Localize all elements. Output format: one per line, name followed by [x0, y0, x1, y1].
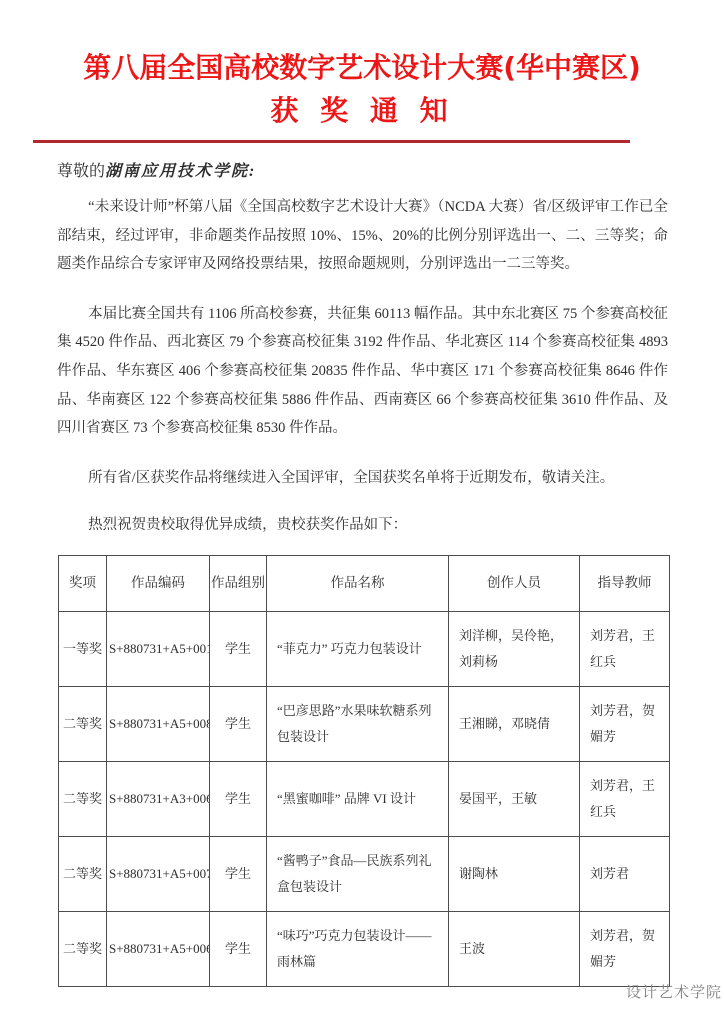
awards-table: 奖项 作品编码 作品组别 作品名称 创作人员 指导教师 一等奖 S+880731…	[58, 555, 670, 987]
notice-body: 尊敬的湖南应用技术学院: “未来设计师”杯第八届《全国高校数字艺术设计大赛》（N…	[0, 160, 724, 987]
column-header-work-name: 作品名称	[267, 555, 449, 611]
cell-work-name: “巴彦思路”水果味软糖系列包装设计	[267, 686, 449, 761]
cell-advisors: 刘芳君，贺媚芳	[580, 911, 670, 986]
column-header-award: 奖项	[59, 555, 107, 611]
table-row: 一等奖 S+880731+A5+001 学生 “菲克力” 巧克力包装设计 刘洋柳…	[59, 611, 670, 686]
cell-work-name: “味巧”巧克力包装设计——雨林篇	[267, 911, 449, 986]
cell-work-group: 学生	[210, 611, 267, 686]
cell-work-code: S+880731+A5+006	[107, 911, 210, 986]
cell-creators: 晏国平，王敏	[449, 761, 580, 836]
salutation-prefix: 尊敬的	[57, 163, 105, 180]
table-row: 二等奖 S+880731+A5+007 学生 “酱鸭子”食品—民族系列礼盒包装设…	[59, 836, 670, 911]
page-subtitle: 获 奖 通 知	[30, 94, 694, 128]
awards-table-header-row: 奖项 作品编码 作品组别 作品名称 创作人员 指导教师	[59, 555, 670, 611]
column-header-creators: 创作人员	[449, 555, 580, 611]
notice-paragraph-4: 热烈祝贺贵校取得优异成绩，贵校获奖作品如下：	[57, 511, 668, 540]
cell-advisors: 刘芳君	[580, 836, 670, 911]
cell-advisors: 刘芳君，贺媚芳	[580, 686, 670, 761]
column-header-advisors: 指导教师	[580, 555, 670, 611]
cell-creators: 谢陶林	[449, 836, 580, 911]
table-row: 二等奖 S+880731+A3+006 学生 “黑蜜咖啡” 品牌 VI 设计 晏…	[59, 761, 670, 836]
cell-award: 二等奖	[59, 761, 107, 836]
cell-work-name: “黑蜜咖啡” 品牌 VI 设计	[267, 761, 449, 836]
cell-award: 二等奖	[59, 911, 107, 986]
cell-creators: 王湘睇，邓晓倩	[449, 686, 580, 761]
cell-creators: 王波	[449, 911, 580, 986]
cell-work-code: S+880731+A3+006	[107, 761, 210, 836]
cell-work-group: 学生	[210, 761, 267, 836]
cell-work-group: 学生	[210, 836, 267, 911]
notice-paragraph-3: 所有省/区获奖作品将继续进入全国评审，全国获奖名单将于近期发布，敬请关注。	[57, 464, 668, 493]
notice-document-page: 第八届全国高校数字艺术设计大赛(华中赛区) 获 奖 通 知 尊敬的湖南应用技术学…	[0, 0, 724, 1024]
page-title: 第八届全国高校数字艺术设计大赛(华中赛区)	[30, 50, 694, 86]
table-row: 二等奖 S+880731+A5+006 学生 “味巧”巧克力包装设计——雨林篇 …	[59, 911, 670, 986]
column-header-work-group: 作品组别	[210, 555, 267, 611]
cell-award: 二等奖	[59, 686, 107, 761]
cell-work-group: 学生	[210, 911, 267, 986]
cell-work-code: S+880731+A5+008	[107, 686, 210, 761]
column-header-work-code: 作品编码	[107, 555, 210, 611]
footer-watermark: 设计艺术学院	[626, 981, 722, 1002]
cell-award: 一等奖	[59, 611, 107, 686]
cell-work-group: 学生	[210, 686, 267, 761]
notice-paragraph-1: “未来设计师”杯第八届《全国高校数字艺术设计大赛》（NCDA 大赛）省/区级评审…	[57, 193, 668, 279]
table-row: 二等奖 S+880731+A5+008 学生 “巴彦思路”水果味软糖系列包装设计…	[59, 686, 670, 761]
title-divider	[33, 140, 630, 143]
cell-work-code: S+880731+A5+007	[107, 836, 210, 911]
cell-work-name: “酱鸭子”食品—民族系列礼盒包装设计	[267, 836, 449, 911]
cell-creators: 刘洋柳，吴伶艳，刘莉杨	[449, 611, 580, 686]
salutation-school-name: 湖南应用技术学院:	[105, 163, 256, 180]
cell-award: 二等奖	[59, 836, 107, 911]
notice-paragraph-2: 本届比赛全国共有 1106 所高校参赛，共征集 60113 幅作品。其中东北赛区…	[57, 300, 668, 443]
cell-work-name: “菲克力” 巧克力包装设计	[267, 611, 449, 686]
cell-advisors: 刘芳君，王红兵	[580, 761, 670, 836]
cell-work-code: S+880731+A5+001	[107, 611, 210, 686]
cell-advisors: 刘芳君，王红兵	[580, 611, 670, 686]
salutation: 尊敬的湖南应用技术学院:	[57, 160, 668, 184]
